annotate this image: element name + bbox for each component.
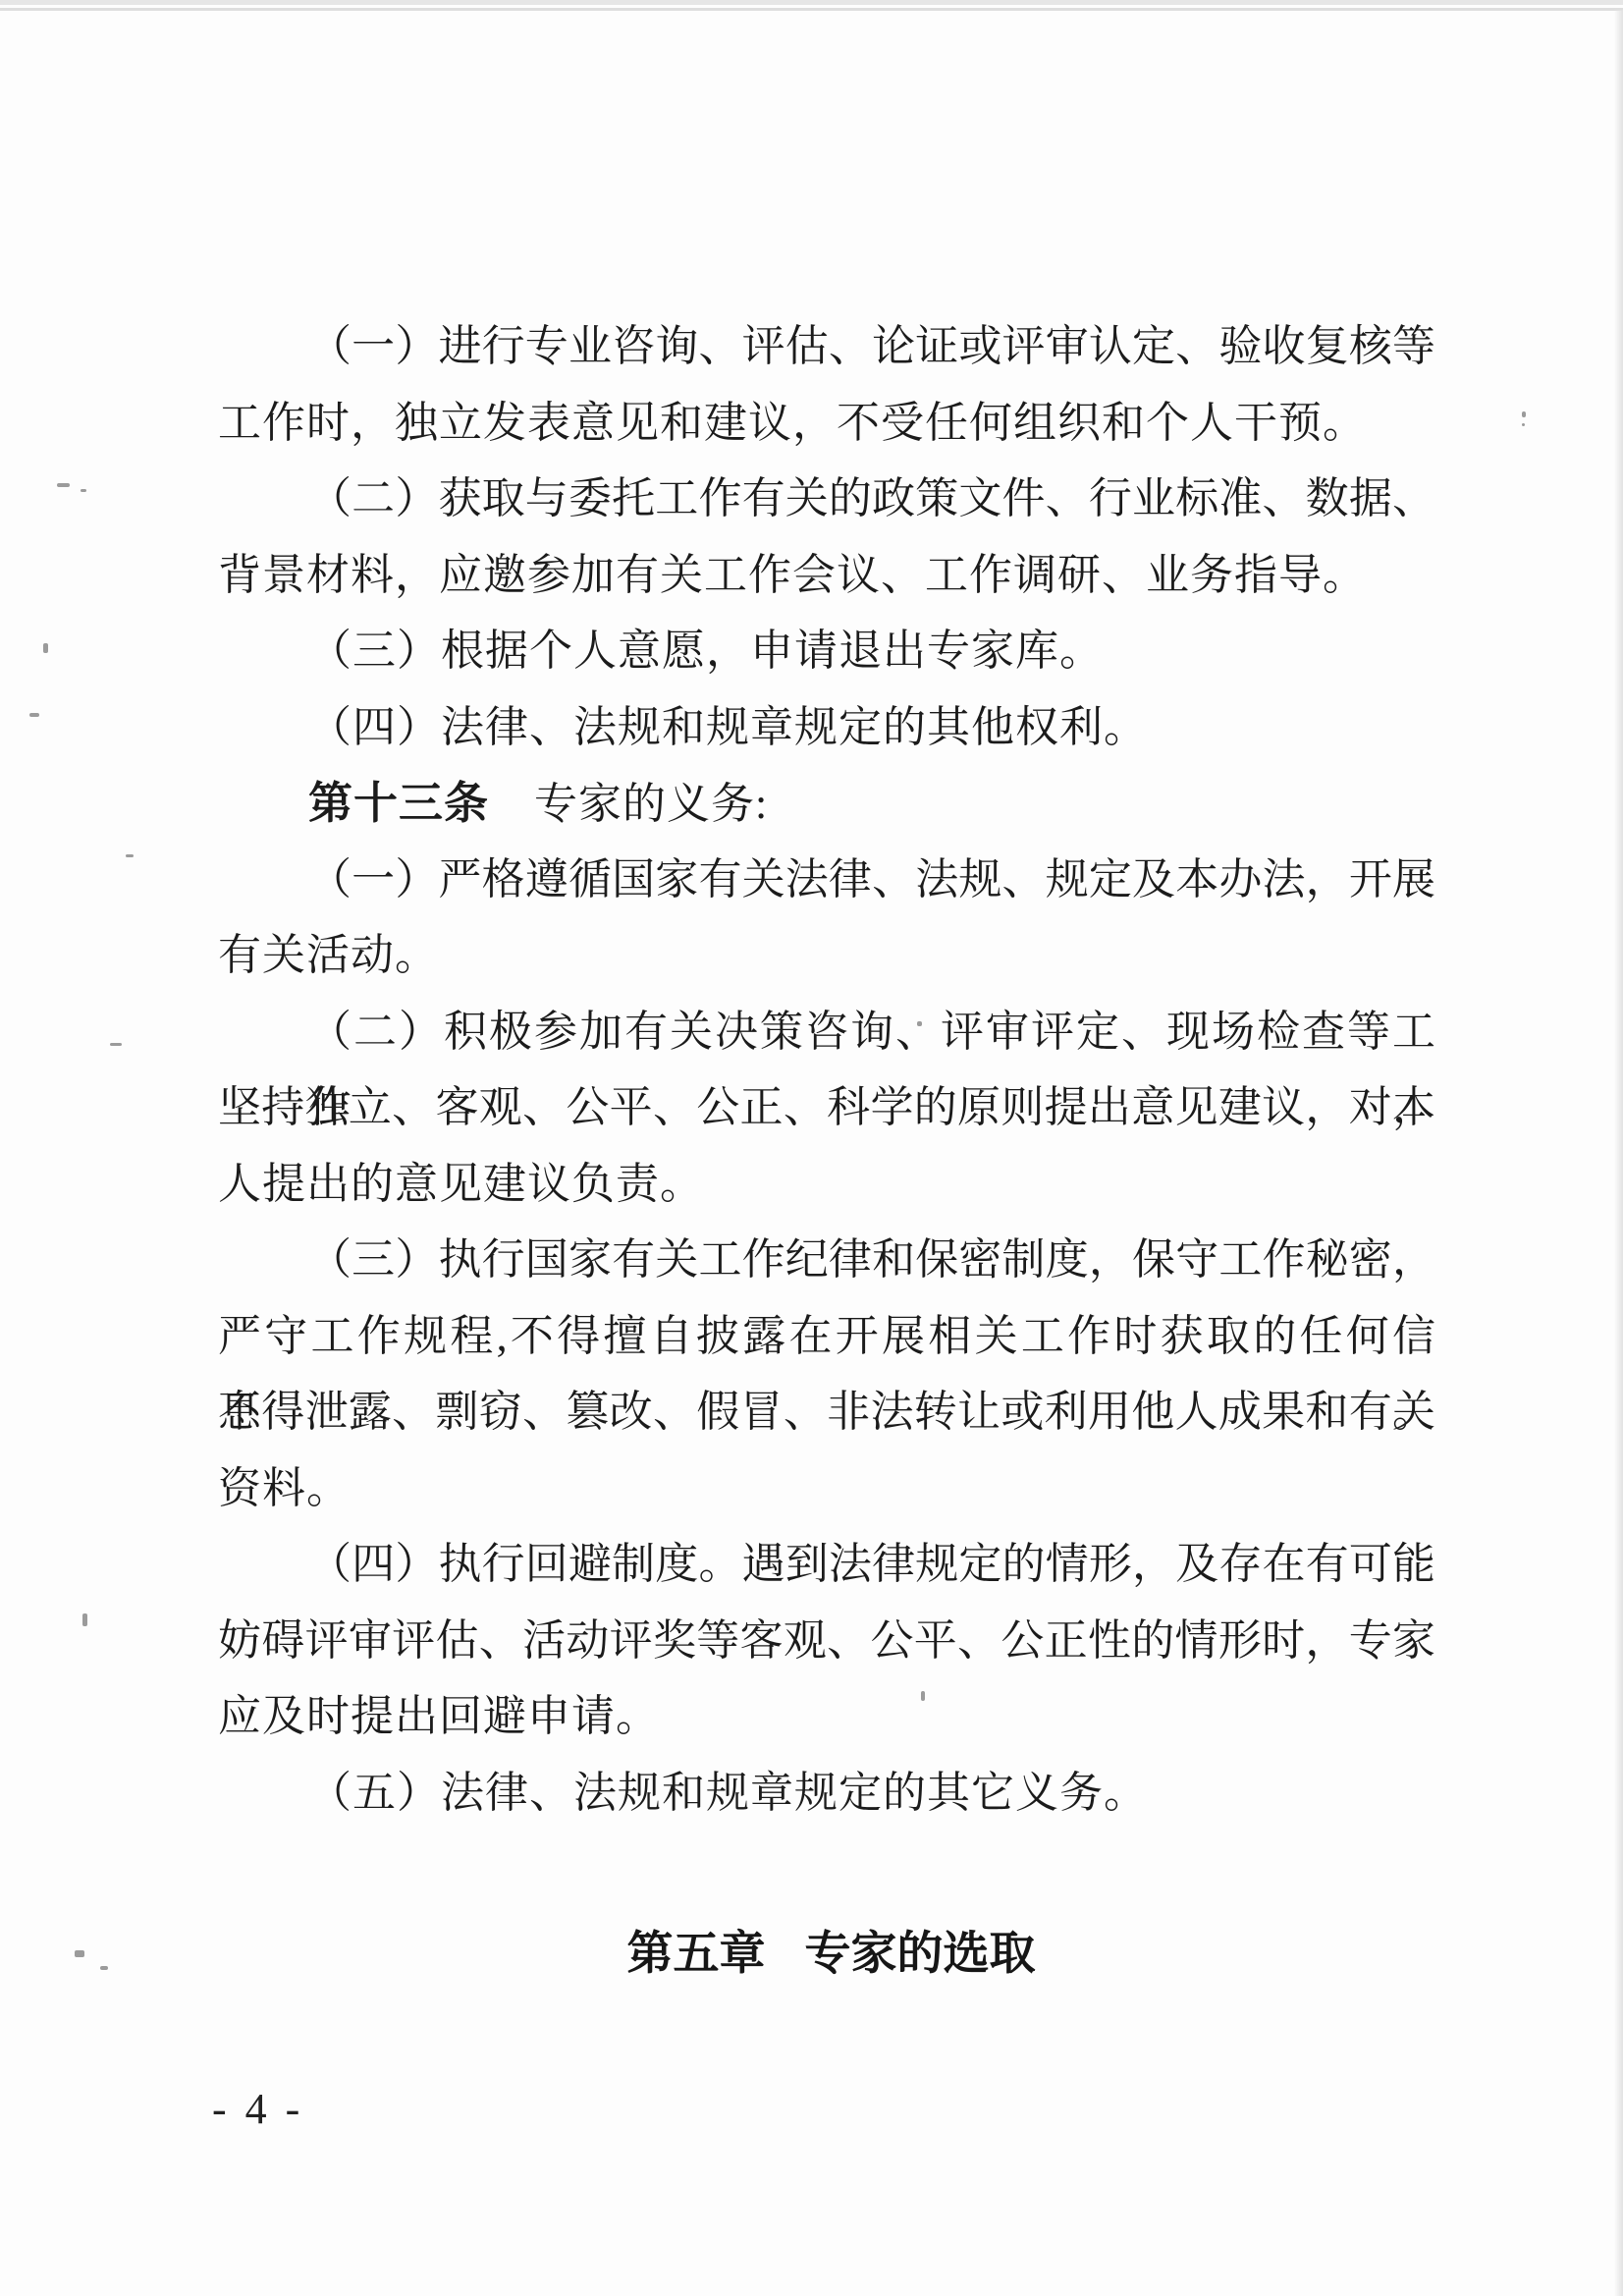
scan-speck xyxy=(126,854,134,857)
chapter-5-heading: 第五章专家的选取 xyxy=(0,1916,1623,1993)
scan-speck xyxy=(1522,411,1526,417)
scan-speck xyxy=(43,643,48,653)
body-line: 严守工作规程,不得擅自披露在开展相关工作时获取的任何信息。 xyxy=(218,1298,1435,1375)
body-line: （二）获取与委托工作有关的政策文件、行业标准、数据、 xyxy=(218,461,1435,537)
chapter-number: 第五章 xyxy=(627,1927,766,1981)
article-title: 专家的义务: xyxy=(534,780,768,828)
body-line: 有关活动。 xyxy=(218,917,1435,994)
body-line: 人提出的意见建议负责。 xyxy=(218,1146,1435,1223)
document-body: （一）进行专业咨询、评估、论证或评审认定、验收复核等 工作时，独立发表意见和建议… xyxy=(218,308,1435,1831)
body-line: 坚持独立、客观、公平、公正、科学的原则提出意见建议，对本 xyxy=(218,1069,1435,1146)
document-page: （一）进行专业咨询、评估、论证或评审认定、验收复核等 工作时，独立发表意见和建议… xyxy=(0,0,1623,2296)
scan-edge-top-line xyxy=(0,8,1623,11)
body-line: （一）进行专业咨询、评估、论证或评审认定、验收复核等 xyxy=(218,308,1435,385)
body-line: 背景材料，应邀参加有关工作会议、工作调研、业务指导。 xyxy=(218,537,1435,614)
page-number: - 4 - xyxy=(212,2080,303,2139)
scan-speck xyxy=(81,489,86,492)
scan-speck xyxy=(57,483,70,487)
body-line: （四）执行回避制度。遇到法律规定的情形，及存在有可能 xyxy=(218,1526,1435,1603)
body-line: （一）严格遵循国家有关法律、法规、规定及本办法，开展 xyxy=(218,842,1435,918)
body-line: （二）积极参加有关决策咨询、评审评定、现场检查等工作， xyxy=(218,994,1435,1070)
body-line: 工作时，独立发表意见和建议，不受任何组织和个人干预。 xyxy=(218,385,1435,462)
body-line: 资料。 xyxy=(218,1450,1435,1527)
body-line: （三）根据个人意愿，申请退出专家库。 xyxy=(218,613,1435,689)
body-line: 不得泄露、剽窃、篡改、假冒、非法转让或利用他人成果和有关 xyxy=(218,1374,1435,1450)
article-number: 第十三条 xyxy=(308,777,489,829)
scan-speck xyxy=(82,1613,87,1626)
body-line: （五）法律、法规和规章规定的其它义务。 xyxy=(218,1755,1435,1831)
body-line: （三）执行国家有关工作纪律和保密制度，保守工作秘密， xyxy=(218,1222,1435,1298)
body-line: （四）法律、法规和规章规定的其他权利。 xyxy=(218,689,1435,766)
scan-speck xyxy=(1522,423,1525,426)
scan-speck xyxy=(29,713,39,717)
scan-speck xyxy=(110,1043,122,1046)
chapter-title: 专家的选取 xyxy=(805,1927,1036,1981)
body-line: 应及时提出回避申请。 xyxy=(218,1678,1435,1755)
scan-edge-top xyxy=(0,0,1623,5)
article-13-heading: 第十三条专家的义务: xyxy=(218,765,1435,842)
body-line: 妨碍评审评估、活动评奖等客观、公平、公正性的情形时，专家 xyxy=(218,1603,1435,1679)
